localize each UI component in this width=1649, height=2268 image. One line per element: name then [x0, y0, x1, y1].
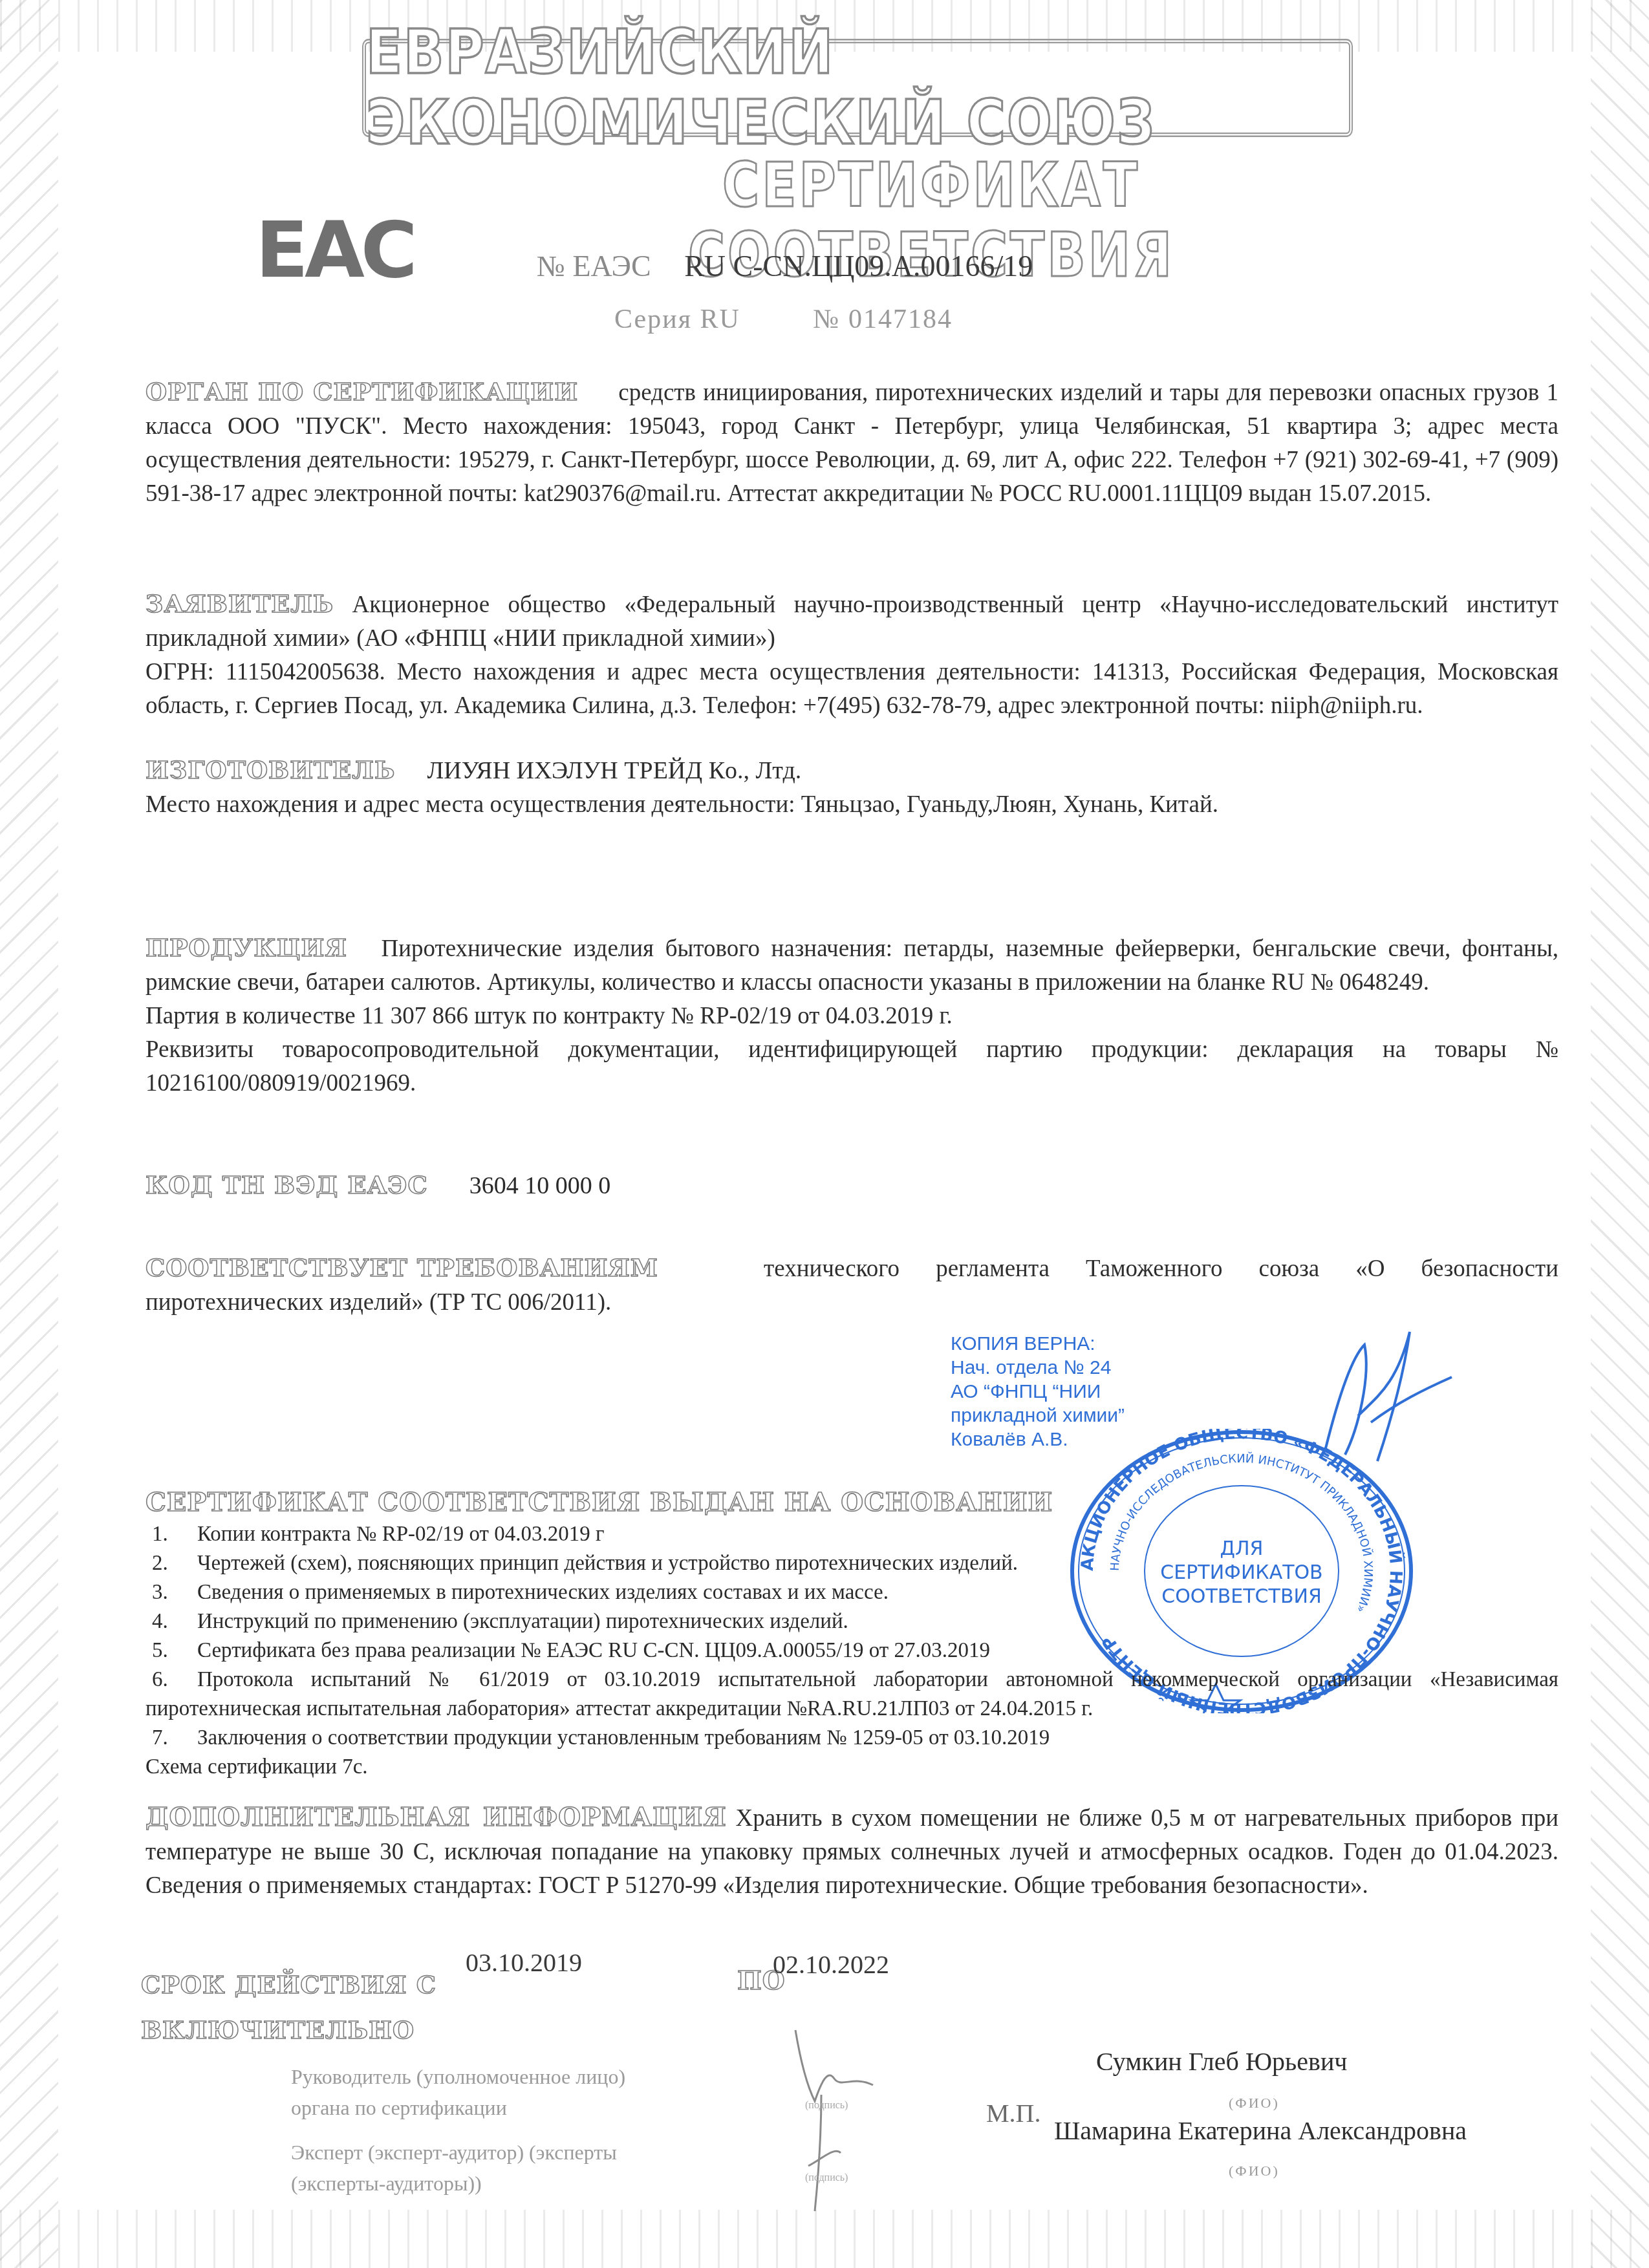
head-signature-icon: [782, 2017, 899, 2224]
manufacturer-name: ЛИУЯН ИХЭЛУН ТРЕЙД Кo., Лтд.: [427, 757, 802, 784]
certification-scheme: Схема сертификации 7с.: [145, 1753, 1558, 1782]
series-label: Серия RU: [614, 305, 740, 334]
certificate-number-prefix: № ЕАЭС: [537, 250, 651, 283]
applicant-section: ЗАЯВИТЕЛЬ Акционерное общество «Федераль…: [145, 587, 1558, 723]
validity-label: СРОК ДЕЙСТВИЯ С ВКЛЮЧИТЕЛЬНО: [141, 1962, 436, 2053]
manufacturer-section: ИЗГОТОВИТЕЛЬ ЛИУЯН ИХЭЛУН ТРЕЙД Кo., Лтд…: [145, 753, 1558, 822]
product-section: ПРОДУКЦИЯ Пиротехнические изделия бытово…: [145, 931, 1558, 1100]
series-number: № 0147184: [813, 305, 953, 334]
validity-from-date: 03.10.2019: [466, 1947, 582, 1978]
seal-place-label: М.П.: [986, 2098, 1040, 2128]
certificate-number-value: RU C-CN.ЦЦ09.А.00166/19: [684, 250, 1033, 283]
product-shipping-docs: Реквизиты товаросопроводительной докумен…: [145, 1033, 1558, 1100]
head-name: Сумкин Глеб Юрьевич: [1096, 2046, 1347, 2077]
basis-item: 7.Заключения о соответствии продукции ус…: [145, 1724, 1558, 1753]
product-label: ПРОДУКЦИЯ: [145, 933, 347, 962]
basis-item: 2.Чертежей (схем), поясняющих принцип де…: [145, 1549, 1558, 1578]
tnved-section: КОД ТН ВЭД ЕАЭС 3604 10 000 0: [145, 1170, 1558, 1200]
eac-logo-icon: EAC: [255, 206, 359, 296]
basis-label: СЕРТИФИКАТ СООТВЕТСТВИЯ ВЫДАН НА ОСНОВАН…: [145, 1487, 1558, 1517]
certification-body-section: ОРГАН ПО СЕРТИФИКАЦИИ средств инициирова…: [145, 375, 1558, 511]
expert-name: Шамарина Екатерина Александровна: [1054, 2115, 1467, 2146]
copy-stamp-line: АО “ФНПЦ “НИИ: [951, 1380, 1125, 1404]
head-role-label: Руководитель (уполномоченное лицо) орган…: [291, 2061, 653, 2123]
issued-basis-section: СЕРТИФИКАТ СООТВЕТСТВИЯ ВЫДАН НА ОСНОВАН…: [145, 1487, 1558, 1782]
validity-inclusive-label: ВКЛЮЧИТЕЛЬНО: [141, 2007, 436, 2053]
basis-item: 5.Сертификата без права реализации № ЕАЭ…: [145, 1636, 1558, 1665]
series-line: Серия RU № 0147184: [614, 304, 953, 335]
applicant-name: Акционерное общество «Федеральный научно…: [145, 592, 1558, 652]
fio-caption: (ФИО): [1229, 2095, 1280, 2112]
fio-caption: (ФИО): [1229, 2163, 1280, 2179]
product-batch: Партия в количестве 11 307 866 штук по к…: [145, 1000, 1558, 1033]
expert-role-label: Эксперт (эксперт-аудитор) (эксперты (экс…: [291, 2137, 679, 2199]
copy-stamp-line: КОПИЯ ВЕРНА:: [951, 1332, 1125, 1356]
basis-item: 1.Копии контракта № RP-02/19 от 04.03.20…: [145, 1520, 1558, 1549]
conformity-label: СООТВЕТСТВУЕТ ТРЕБОВАНИЯМ: [145, 1251, 727, 1285]
copy-stamp-line: прикладной химии”: [951, 1404, 1125, 1428]
additional-info-section: ДОПОЛНИТЕЛЬНАЯ ИНФОРМАЦИЯ Хранить в сухо…: [145, 1801, 1558, 1903]
basis-item: 3.Сведения о применяемых в пиротехническ…: [145, 1578, 1558, 1607]
conformity-section: СООТВЕТСТВУЕТ ТРЕБОВАНИЯМ технического р…: [145, 1251, 1558, 1320]
validity-from-label: СРОК ДЕЙСТВИЯ С: [141, 1962, 436, 2007]
security-border-pattern: [0, 0, 1649, 2268]
certification-body-label: ОРГАН ПО СЕРТИФИКАЦИИ: [145, 375, 611, 409]
additional-info-label: ДОПОЛНИТЕЛЬНАЯ ИНФОРМАЦИЯ: [145, 1802, 727, 1832]
basis-item: 6.Протокола испытаний № 61/2019 от 03.10…: [145, 1665, 1558, 1724]
union-name: ЕВРАЗИЙСКИЙ ЭКОНОМИЧЕСКИЙ СОЮЗ: [366, 17, 1349, 159]
signature-caption: (подпись): [805, 2100, 848, 2112]
tnved-code: 3604 10 000 0: [469, 1172, 611, 1199]
tnved-label: КОД ТН ВЭД ЕАЭС: [145, 1170, 428, 1199]
union-name-banner: ЕВРАЗИЙСКИЙ ЭКОНОМИЧЕСКИЙ СОЮЗ: [362, 39, 1353, 137]
copy-stamp-line: Нач. отдела № 24: [951, 1356, 1125, 1380]
applicant-details: ОГРН: 1115042005638. Место нахождения и …: [145, 656, 1558, 723]
validity-to-date: 02.10.2022: [773, 1949, 889, 1980]
signature-caption: (подпись): [805, 2172, 848, 2184]
manufacturer-label: ИЗГОТОВИТЕЛЬ: [145, 755, 395, 784]
manufacturer-address: Место нахождения и адрес места осуществл…: [145, 788, 1558, 822]
applicant-label: ЗАЯВИТЕЛЬ: [145, 589, 334, 618]
basis-item: 4.Инструкций по применению (эксплуатации…: [145, 1607, 1558, 1636]
product-description: Пиротехнические изделия бытового назначе…: [145, 936, 1558, 996]
basis-list: 1.Копии контракта № RP-02/19 от 04.03.20…: [145, 1520, 1558, 1753]
certificate-number: № ЕАЭС RU C-CN.ЦЦ09.А.00166/19: [537, 249, 1033, 283]
